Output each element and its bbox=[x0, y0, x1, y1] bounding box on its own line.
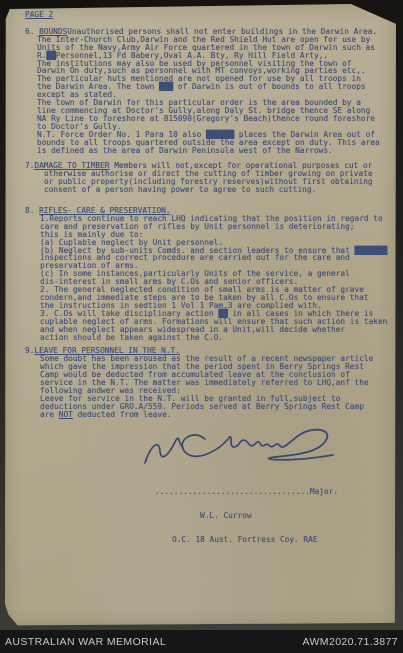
section-bounds: 6. BOUNDSUnauthorised persons shall not … bbox=[25, 28, 388, 155]
section-body-last-line: are NOT deducted from leave. bbox=[40, 411, 388, 419]
last-line-pre: are bbox=[40, 410, 59, 419]
awm-caption-bar: AUSTRALIAN WAR MEMORIAL AWM2020.71.3877 bbox=[0, 630, 403, 653]
screenshot-frame: PAGE 2 6. BOUNDSUnauthorised persons sha… bbox=[0, 0, 403, 653]
signature-block: .................................Major. … bbox=[155, 465, 385, 560]
last-line-post: deducted from leave. bbox=[73, 410, 172, 419]
last-line-underlined: NOT bbox=[59, 410, 73, 419]
section-body: 1.Reports continue to reach LHQ indicati… bbox=[40, 215, 388, 342]
signature-typed-name: W.L. Currow bbox=[200, 512, 385, 520]
section-damage-to-timber: 7.DAMAGE TO TIMBER Members will not,exce… bbox=[25, 162, 388, 194]
section-body: Some doubt has been aroused as the resul… bbox=[40, 355, 388, 410]
section-body: The Inter-Church Club,Darwin and the Red… bbox=[37, 36, 388, 155]
typewritten-text-block: PAGE 2 6. BOUNDSUnauthorised persons sha… bbox=[25, 11, 388, 559]
section-rifles-care-preservation: 8. RIFLES- CARE & PRESERVATION. 1.Report… bbox=[25, 207, 388, 341]
document-page: PAGE 2 6. BOUNDSUnauthorised persons sha… bbox=[5, 4, 396, 626]
page-title: PAGE 2 bbox=[25, 11, 53, 19]
signature-line: .................................Major. bbox=[155, 488, 385, 496]
section-body: otherwise authorise or direct the cuttin… bbox=[44, 170, 388, 194]
section-number: 9. bbox=[25, 346, 34, 355]
awm-footer-left: AUSTRALIAN WAR MEMORIAL bbox=[5, 636, 166, 648]
section-leave-nt: 9.LEAVE FOR PERSONNEL IN THE N.T. Some d… bbox=[25, 347, 388, 418]
awm-footer-id: AWM2020.71.3877 bbox=[302, 636, 398, 648]
handwritten-signature bbox=[133, 415, 368, 481]
signature-unit: O.C. 18 Aust. Fortress Coy. RAE bbox=[172, 536, 385, 544]
signature-dots: ................................. bbox=[155, 487, 310, 496]
section-number: 7. bbox=[25, 161, 34, 170]
section-number: 8. bbox=[25, 206, 39, 215]
signature-rank: Major. bbox=[310, 487, 338, 496]
